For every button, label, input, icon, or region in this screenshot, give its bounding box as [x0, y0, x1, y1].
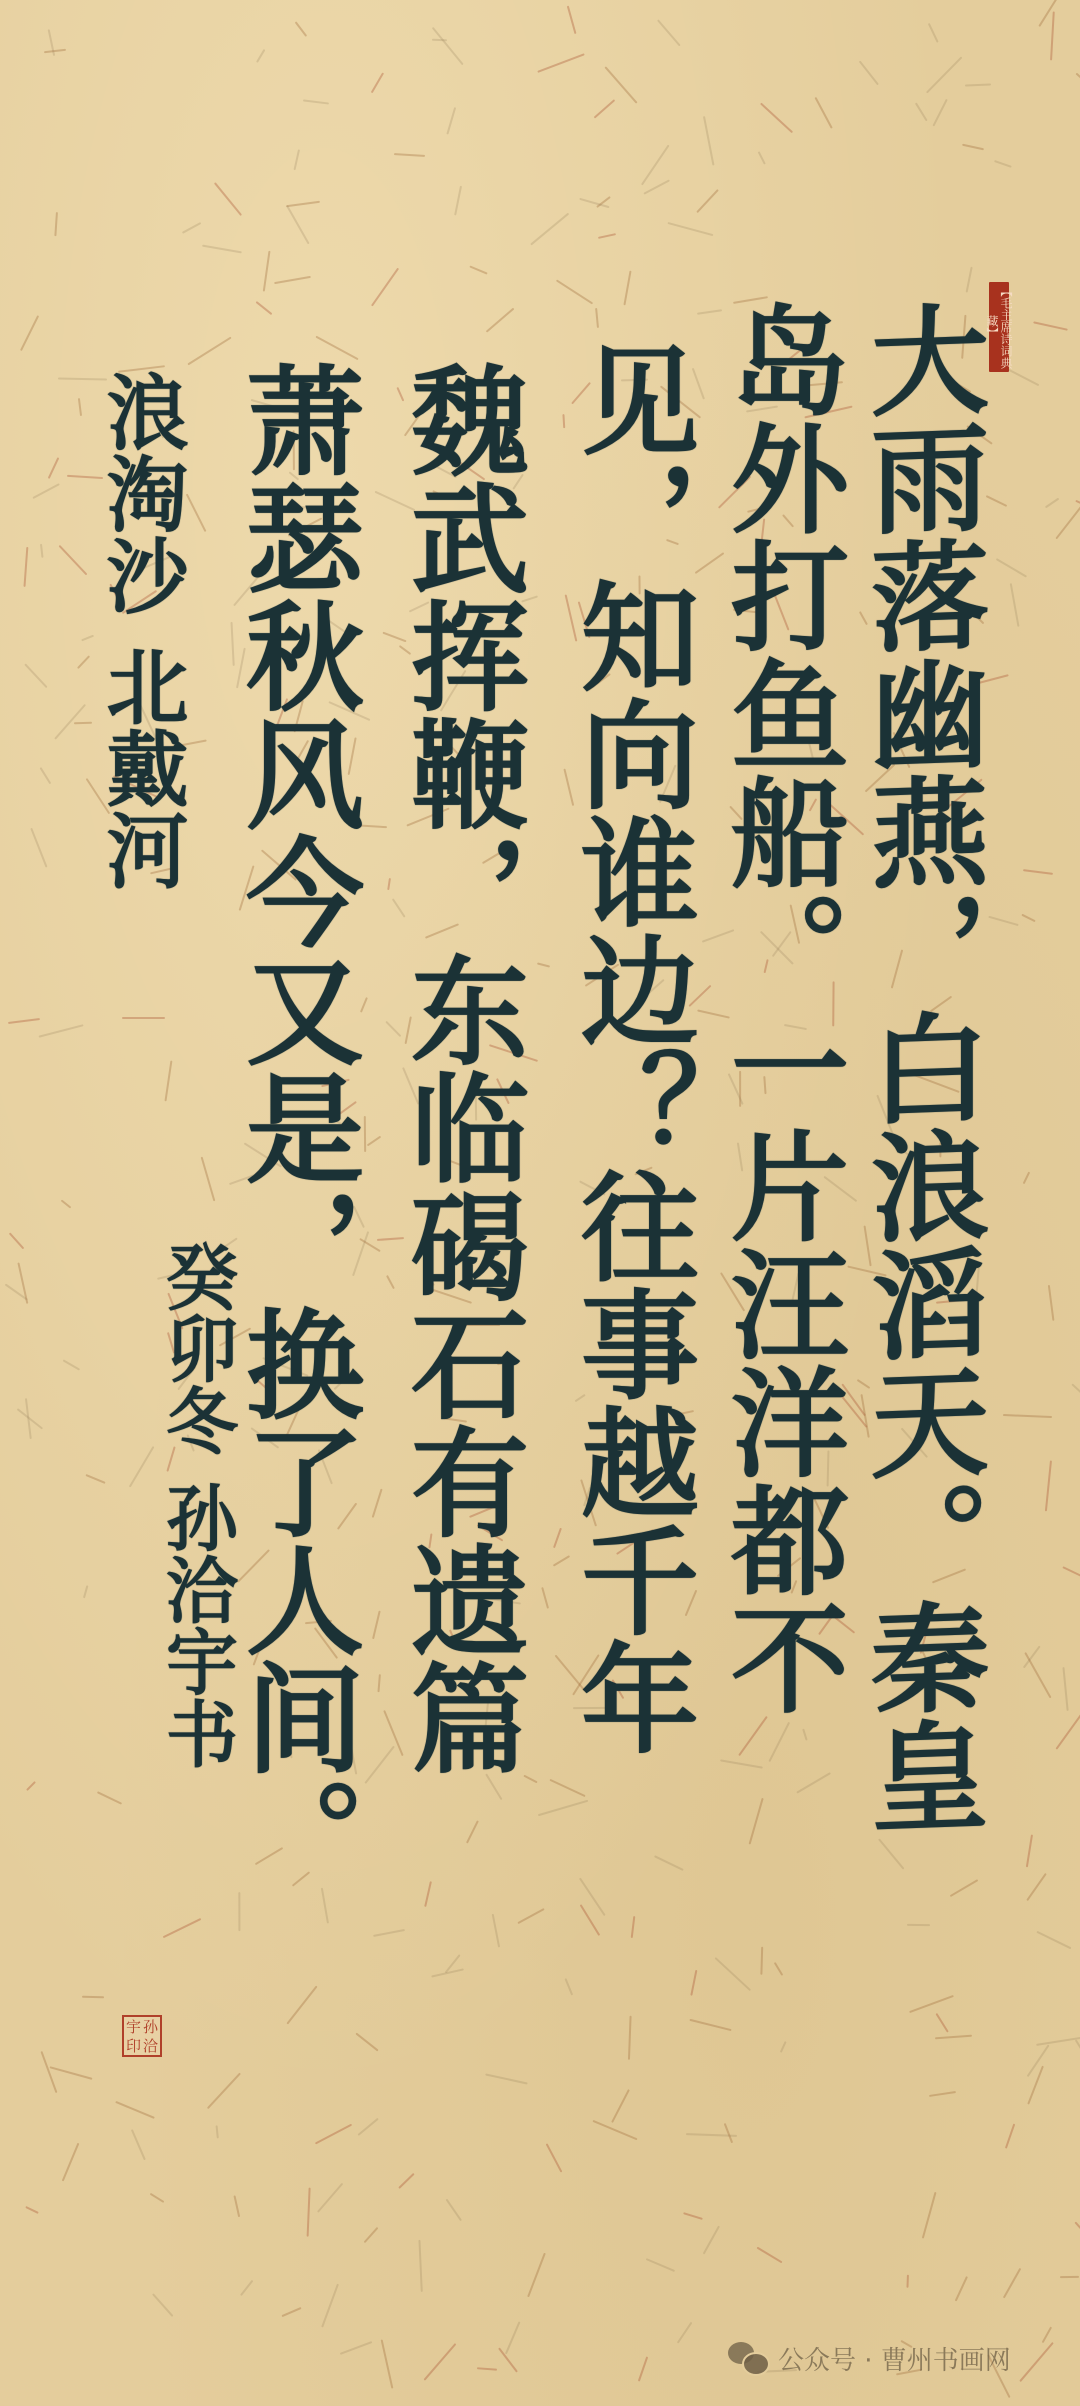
paper-fiber	[738, 1716, 768, 1756]
paper-fiber	[505, 2321, 520, 2354]
paper-fiber	[593, 2120, 638, 2140]
wechat-watermark: 公众号 · 曹州书画网	[728, 2340, 1011, 2377]
paper-fiber	[1076, 72, 1080, 101]
paper-fiber	[187, 336, 231, 365]
paper-fiber	[317, 2183, 343, 2212]
paper-fiber	[556, 279, 593, 304]
paper-fiber	[78, 398, 82, 416]
paper-fiber	[40, 768, 52, 785]
paper-fiber	[1019, 2342, 1054, 2382]
paper-fiber	[922, 2192, 937, 2239]
paper-fiber	[704, 116, 715, 165]
paper-fiber	[677, 2322, 692, 2343]
seal-char: 孙	[142, 2018, 159, 2037]
paper-fiber	[469, 265, 487, 274]
paper-fiber	[1005, 2123, 1015, 2148]
paper-fiber	[1055, 505, 1080, 540]
paper-fiber	[996, 558, 1027, 577]
paper-fiber	[910, 1995, 955, 2013]
paper-fiber	[657, 19, 680, 46]
paper-fiber	[364, 1746, 394, 1784]
paper-fiber	[916, 102, 928, 121]
paper-fiber	[1036, 2036, 1080, 2045]
paper-fiber	[565, 1979, 573, 1996]
paper-fiber	[989, 916, 1020, 926]
paper-fiber	[654, 1855, 683, 1870]
paper-fiber	[26, 1781, 36, 1791]
paper-fiber	[1033, 322, 1067, 331]
paper-fiber	[768, 1721, 789, 1761]
seal-char: 印	[125, 2037, 142, 2056]
paper-fiber	[1003, 2268, 1022, 2299]
paper-fiber	[63, 1359, 80, 1370]
paper-fiber	[1050, 11, 1055, 60]
paper-fiber	[424, 1881, 432, 1907]
paper-fiber	[1003, 1414, 1052, 1418]
paper-fiber	[689, 2019, 731, 2031]
paper-fiber	[498, 2347, 518, 2372]
paper-fiber	[466, 1821, 479, 1844]
paper-fiber	[74, 722, 92, 725]
paper-fiber	[41, 2051, 58, 2093]
paper-fiber	[432, 27, 463, 65]
paper-fiber	[928, 23, 938, 43]
paper-fiber	[358, 2118, 379, 2136]
paper-fiber	[994, 160, 1012, 167]
paper-fiber	[1041, 2327, 1051, 2343]
paper-fiber	[537, 962, 550, 967]
paper-fiber	[641, 144, 669, 185]
paper-fiber	[295, 21, 307, 36]
paper-fiber	[394, 153, 425, 157]
paper-fiber	[935, 2013, 949, 2033]
paper-fiber	[1056, 1713, 1080, 1750]
paper-fiber	[859, 61, 879, 86]
paper-fiber	[1027, 1872, 1048, 1900]
paper-fiber	[419, 2240, 423, 2292]
paper-fiber	[380, 2340, 393, 2389]
paper-fiber	[454, 186, 461, 215]
paper-fiber	[962, 143, 984, 150]
paper-fiber	[162, 1918, 201, 1938]
paper-fiber	[760, 103, 793, 134]
paper-fiber	[720, 1760, 763, 1769]
collection-label-seal: 【毛主席诗词典藏】	[989, 282, 1009, 372]
paper-fiber	[1063, 1667, 1069, 1710]
paper-fiber	[530, 213, 569, 246]
paper-fiber	[749, 1798, 764, 1845]
paper-fiber	[965, 83, 991, 86]
poem-column-5: 萧瑟秋风今又是，换了人间。	[230, 360, 360, 1894]
paper-fiber	[595, 308, 599, 328]
paper-fiber	[321, 2284, 338, 2327]
paper-fiber	[398, 2173, 414, 2189]
paper-fiber	[907, 1924, 930, 1926]
paper-fiber	[950, 1879, 979, 1897]
paper-fiber	[371, 268, 399, 307]
paper-fiber	[9, 1232, 25, 1249]
paper-fiber	[1072, 1384, 1080, 1417]
paper-fiber	[814, 97, 832, 129]
watermark-text: 公众号 · 曹州书画网	[778, 2340, 1011, 2377]
paper-fiber	[86, 1474, 106, 1484]
paper-fiber	[83, 1586, 88, 1599]
paper-fiber	[492, 1914, 500, 1948]
paper-fiber	[486, 1774, 503, 1801]
paper-fiber	[256, 301, 273, 315]
paper-fiber	[683, 2212, 702, 2220]
paper-fiber	[367, 1135, 381, 1146]
paper-fiber	[274, 276, 311, 284]
paper-fiber	[1074, 2221, 1080, 2232]
paper-fiber	[715, 1957, 751, 1990]
artist-seal: 宇 孙 印 洽	[122, 2015, 162, 2057]
poem-column-1: 大雨落幽燕，白浪滔天。秦皇	[855, 298, 985, 1837]
paper-fiber	[550, 1779, 586, 1797]
paper-fiber	[33, 483, 61, 499]
paper-fiber	[932, 99, 947, 126]
paper-fiber	[355, 2033, 378, 2052]
paper-fiber	[1023, 869, 1053, 875]
paper-fiber	[598, 233, 616, 239]
paper-fiber	[293, 149, 299, 170]
paper-fiber	[201, 1157, 216, 1202]
paper-fiber	[286, 200, 320, 206]
paper-fiber	[233, 2196, 240, 2217]
paper-fiber	[315, 336, 359, 361]
paper-fiber	[486, 2073, 529, 2084]
paper-fiber	[371, 73, 384, 94]
paper-fiber	[262, 250, 270, 291]
paper-fiber	[965, 267, 972, 293]
paper-fiber	[796, 1772, 830, 1793]
paper-fiber	[282, 2307, 302, 2317]
wechat-icon	[728, 2342, 770, 2376]
paper-fiber	[372, 1611, 381, 1639]
paper-fiber	[432, 38, 447, 40]
paper-fiber	[593, 100, 614, 119]
paper-fiber	[216, 2126, 219, 2139]
paper-fiber	[643, 179, 670, 194]
paper-fiber	[757, 2247, 783, 2264]
paper-fiber	[60, 1199, 71, 1208]
paper-fiber	[372, 1488, 383, 1518]
paper-fiber	[49, 2066, 92, 2080]
paper-fiber	[44, 49, 66, 54]
paper-fiber	[303, 99, 329, 104]
paper-fiber	[523, 1775, 537, 1784]
paper-fiber	[631, 1916, 636, 1938]
paper-fiber	[1026, 1835, 1033, 1868]
paper-fiber	[1075, 2039, 1080, 2072]
paper-fiber	[1026, 2045, 1048, 2077]
paper-fiber	[646, 2258, 675, 2271]
paper-fiber	[77, 655, 90, 669]
paper-fiber	[1023, 1172, 1030, 1184]
paper-fiber	[153, 2293, 174, 2316]
paper-fiber	[20, 314, 39, 350]
paper-fiber	[286, 205, 309, 244]
paper-fiber	[538, 53, 586, 73]
paper-fiber	[1048, 1284, 1055, 1320]
paper-fiber	[307, 2187, 311, 2236]
paper-fiber	[702, 2225, 719, 2254]
paper-fiber	[286, 1986, 317, 2025]
paper-fiber	[611, 2089, 630, 2123]
paper-fiber	[149, 2193, 164, 2203]
paper-fiber	[486, 308, 515, 333]
paper-fiber	[59, 545, 88, 575]
paper-fiber	[955, 2276, 968, 2301]
paper-fiber	[62, 2143, 80, 2182]
paper-fiber	[115, 2101, 155, 2119]
paper-fiber	[446, 2199, 462, 2221]
paper-fiber	[23, 547, 28, 587]
paper-fiber	[667, 222, 712, 236]
paper-fiber	[48, 457, 60, 479]
poem-column-4: 魏武挥鞭，东临碣石有遗篇	[395, 360, 525, 1776]
paper-fiber	[696, 189, 719, 213]
paper-fiber	[424, 2344, 457, 2381]
paper-fiber	[906, 2274, 908, 2287]
paper-fiber	[122, 1016, 165, 1018]
paper-fiber	[128, 1446, 153, 1487]
paper-fiber	[879, 1839, 905, 1870]
paper-fiber	[527, 2253, 546, 2298]
poem-title-column: 浪淘沙 北戴河	[95, 370, 187, 891]
paper-fiber	[24, 664, 47, 689]
paper-fiber	[690, 1971, 697, 1996]
paper-fiber	[1038, 0, 1063, 27]
paper-fiber	[929, 2091, 956, 2097]
seal-char: 宇	[125, 2018, 142, 2037]
paper-fiber	[97, 1792, 122, 1806]
paper-fiber	[446, 107, 455, 134]
paper-fiber	[182, 222, 201, 233]
paper-fiber	[256, 49, 265, 63]
paper-fiber	[39, 1024, 84, 1037]
paper-fiber	[803, 1729, 808, 1741]
signature-column: 癸卯冬 孙洽宇书	[155, 1240, 237, 1769]
paper-fiber	[214, 182, 242, 216]
paper-fiber	[240, 2280, 253, 2296]
paper-fiber	[546, 2143, 563, 2172]
paper-fiber	[604, 66, 637, 103]
seal-char: 洽	[142, 2037, 159, 2056]
paper-fiber	[40, 544, 43, 558]
paper-fiber	[579, 1904, 599, 1936]
paper-fiber	[935, 2035, 972, 2040]
paper-fiber	[1037, 1931, 1072, 1949]
paper-fiber	[239, 1892, 241, 1931]
paper-fiber	[1060, 2275, 1079, 2277]
paper-fiber	[377, 1673, 380, 1691]
paper-fiber	[363, 2227, 378, 2243]
poem-column-2: 岛外打鱼船。一片汪洋都不	[715, 300, 845, 1716]
paper-fiber	[780, 2041, 786, 2053]
poem-column-3: 见，知向谁边？往事越千年	[565, 340, 695, 1756]
paper-fiber	[31, 828, 48, 868]
paper-fiber	[340, 2341, 372, 2354]
paper-fiber	[638, 2356, 648, 2381]
paper-fiber	[165, 1061, 173, 1102]
paper-fiber	[760, 1947, 763, 1975]
paper-fiber	[628, 2016, 632, 2060]
paper-fiber	[82, 1996, 104, 1999]
paper-fiber	[54, 212, 58, 236]
paper-fiber	[373, 1929, 404, 1936]
paper-fiber	[774, 1962, 784, 1976]
paper-fiber	[26, 2206, 40, 2214]
paper-fiber	[202, 245, 241, 253]
paper-fiber	[926, 56, 962, 93]
paper-fiber	[538, 1800, 588, 1816]
paper-fiber	[518, 1908, 546, 1924]
paper-fiber	[207, 2073, 241, 2109]
paper-fiber	[1044, 1461, 1051, 1512]
paper-fiber	[315, 2123, 353, 2144]
paper-fiber	[1045, 498, 1059, 508]
paper-fiber	[541, 1587, 549, 1609]
paper-fiber	[623, 270, 631, 305]
paper-fiber	[1010, 583, 1019, 626]
paper-fiber	[758, 151, 766, 164]
paper-fiber	[566, 5, 576, 34]
paper-fiber	[132, 2129, 147, 2160]
paper-fiber	[477, 2367, 497, 2371]
paper-fiber	[1063, 1566, 1080, 1584]
paper-fiber	[8, 1018, 40, 1024]
paper-fiber	[1021, 913, 1036, 922]
